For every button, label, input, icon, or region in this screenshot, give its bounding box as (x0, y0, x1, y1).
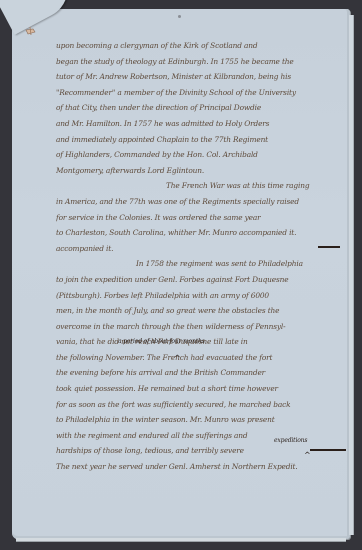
page-mark (178, 15, 181, 18)
text-line: for as soon as the fort was sufficiently… (56, 397, 348, 413)
text-line: The French War was at this time raging (56, 178, 348, 194)
text-line: of Highlanders, Commanded by the Hon. Co… (56, 147, 348, 163)
strikethrough-mark (310, 449, 346, 451)
text-line: took quiet possession. He remained but a… (56, 381, 348, 397)
text-line: and immediately appointed Chaplain to th… (56, 132, 348, 148)
text-line: the following November. The French had e… (56, 350, 348, 366)
text-line: upon becoming a clergyman of the Kirk of… (56, 38, 348, 54)
insertion-caret: ^ (304, 451, 311, 460)
strikethrough-mark (318, 246, 340, 248)
text-line: In 1758 the regiment was sent to Philade… (56, 256, 348, 272)
text-line: tutor of Mr. Andrew Robertson, Minister … (56, 69, 348, 85)
text-line: men, in the month of July, and so great … (56, 303, 348, 319)
interlinear-note: a period of about four months (118, 338, 205, 345)
text-line: and Mr. Hamilton. In 1757 he was admitte… (56, 116, 348, 132)
text-line: began the study of theology at Edinburgh… (56, 54, 348, 70)
page-edge-right (349, 15, 354, 535)
page-edge-bottom (16, 538, 346, 542)
text-line: "Recommender" a member of the Divinity S… (56, 85, 348, 101)
pin-icon (25, 27, 36, 35)
text-line: to Charleston, South Carolina, whither M… (56, 225, 348, 241)
text-line: of that City, then under the direction o… (56, 100, 348, 116)
text-line: Montgomery, afterwards Lord Eglintoun. (56, 163, 348, 179)
insertion-caret: ^ (174, 354, 181, 363)
text-line: for service in the Colonies. It was orde… (56, 210, 348, 226)
text-line: to join the expedition under Genl. Forbe… (56, 272, 348, 288)
text-line: to Philadelphia in the winter season. Mr… (56, 412, 348, 428)
text-line: The next year he served under Genl. Amhe… (56, 459, 348, 475)
interlinear-note: expeditions (274, 437, 307, 444)
manuscript-text: upon becoming a clergyman of the Kirk of… (56, 38, 348, 475)
text-line: in America, and the 77th was one of the … (56, 194, 348, 210)
text-line: accompanied it. (56, 241, 348, 257)
text-line: the evening before his arrival and the B… (56, 365, 348, 381)
text-line: (Pittsburgh). Forbes left Philadelphia w… (56, 288, 348, 304)
text-line: overcome in the march through the then w… (56, 319, 348, 335)
